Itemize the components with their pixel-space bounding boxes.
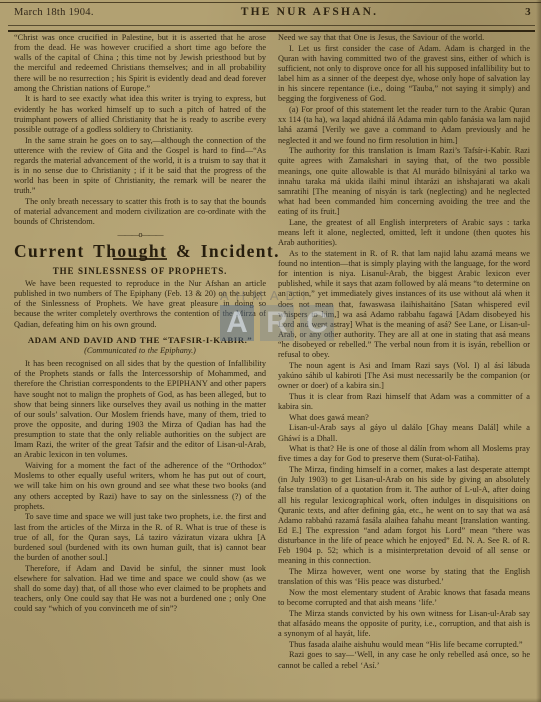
paragraph: Thus fasada alaihe aishuhu would mean “H…: [278, 640, 530, 650]
paragraph: It has been recognised on all sides that…: [14, 359, 266, 461]
header-rule: [8, 25, 535, 32]
section-divider: ———o———: [14, 230, 266, 240]
paragraph: The only breath necessary to scatter thi…: [14, 197, 266, 227]
paragraph: The Mirza, finding himself in a corner, …: [278, 465, 530, 567]
paragraph: Need we say that that One is Jesus, the …: [278, 33, 530, 43]
paragraph: “Christ was once crucified in Palestine,…: [14, 33, 266, 94]
paragraph: In the same strain he goes on to say,—al…: [14, 136, 266, 197]
article-subheading-sinlessness: THE SINLESSNESS OF PROPHETS.: [14, 266, 266, 276]
paragraph: Thus it is clear from Razi himself that …: [278, 392, 530, 412]
article-subheading-adam-david: ADAM AND DAVID AND THE “TAFSIR-I-KABIR.”: [14, 335, 266, 345]
paragraph: What does gawá mean?: [278, 413, 530, 423]
paragraph: The Mirza stands convicted by his own wi…: [278, 609, 530, 639]
right-column: Need we say that that One is Jesus, the …: [278, 33, 530, 671]
paragraph: I. Let us first consider the case of Ada…: [278, 44, 530, 105]
left-column: “Christ was once crucified in Palestine,…: [14, 33, 266, 671]
paragraph: Now the most elementary student of Arabi…: [278, 588, 530, 608]
masthead-date: March 18th 1904.: [14, 7, 94, 18]
paragraph: Lisan-ul-Arab says al gáyo ul dalálo [Gh…: [278, 423, 530, 443]
page-right-edge-shadow: [536, 0, 541, 702]
paragraph: The Mirza however, went one worse by sta…: [278, 567, 530, 587]
article-columns: “Christ was once crucified in Palestine,…: [14, 33, 530, 671]
byline: (Communicated to the Epiphany.): [14, 346, 266, 356]
paragraph: Therefore, if Adam and David be sinful, …: [14, 564, 266, 615]
paragraph: The noun agent is Asi and Imam Razi says…: [278, 361, 530, 391]
paragraph: (a) For proof of this statement let the …: [278, 105, 530, 146]
masthead-title: THE NUR AFSHAN.: [241, 6, 378, 18]
masthead: March 18th 1904. THE NUR AFSHAN. 3: [14, 6, 531, 22]
paragraph: What is that? He is one of those al dálí…: [278, 444, 530, 464]
paragraph: Waiving for a moment the fact of the adh…: [14, 461, 266, 512]
paragraph: The authority for this translation is Im…: [278, 146, 530, 217]
paragraph: Lane, the greatest of all English interp…: [278, 218, 530, 248]
page-number: 3: [525, 6, 531, 18]
paragraph: It is hard to see exactly what idea this…: [14, 94, 266, 135]
paragraph: To save time and space we will just take…: [14, 512, 266, 563]
page-bottom-edge-shadow: [0, 698, 541, 702]
scanned-newspaper-page: { "header": { "date": "March 18th 1904."…: [0, 0, 541, 702]
paragraph: Razi goes to say—‘Well, in any case he o…: [278, 650, 530, 670]
section-title: Current Thought & Incident.: [14, 246, 266, 256]
page-top-edge-line: [0, 2, 541, 3]
paragraph: We have been requested to reproduce in t…: [14, 279, 266, 330]
paragraph: As to the statement in R. of R. that lam…: [278, 249, 530, 361]
